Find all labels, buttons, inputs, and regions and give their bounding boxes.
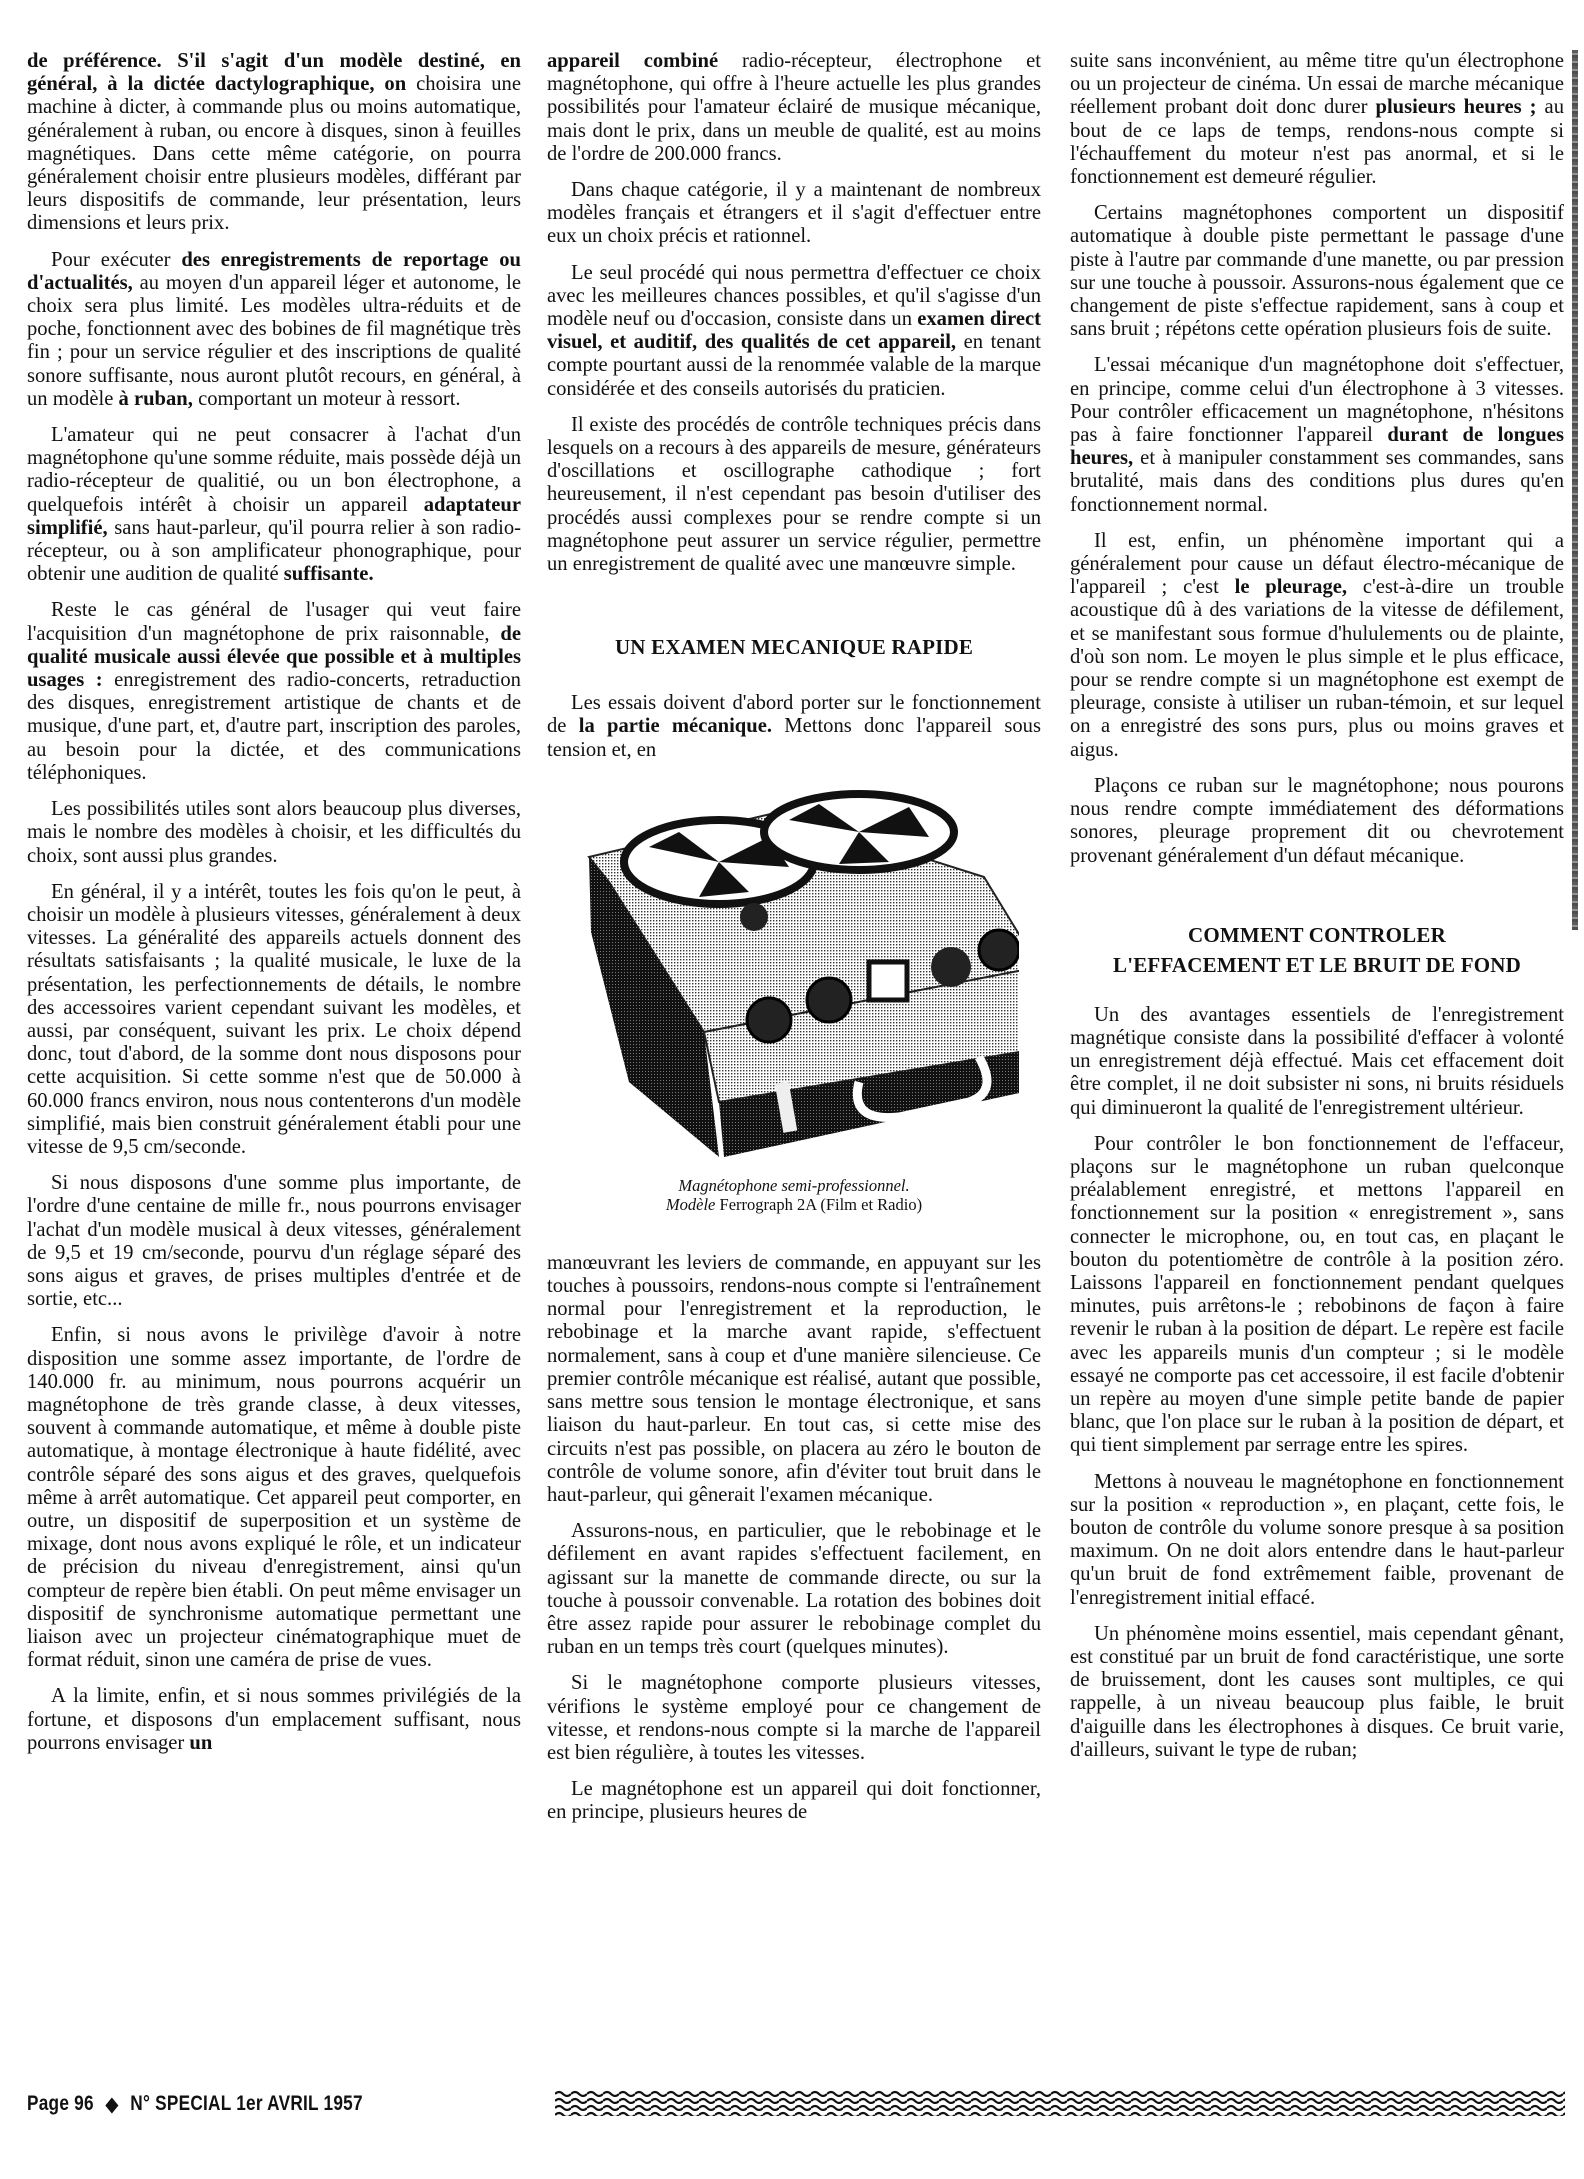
paragraph: Un des avantages essentiels de l'enregis… (1070, 1004, 1564, 1120)
paragraph: Il existe des procédés de contrôle techn… (547, 414, 1041, 576)
paragraph: manœuvrant les leviers de commande, en a… (547, 1252, 1041, 1507)
paragraph: L'amateur qui ne peut consacrer à l'acha… (27, 424, 521, 586)
paragraph: Il est, enfin, un phénomène important qu… (1070, 530, 1564, 762)
paragraph: En général, il y a intérêt, toutes les f… (27, 881, 521, 1159)
paragraph: Plaçons ce ruban sur le magnétophone; no… (1070, 775, 1564, 868)
paragraph: Mettons à nouveau le magnétophone en fon… (1070, 1471, 1564, 1610)
paragraph: Pour contrôler le bon fonctionnement de … (1070, 1133, 1564, 1458)
paragraph: Enfin, si nous avons le privilège d'avoi… (27, 1324, 521, 1672)
page-number: Page 96 (27, 2092, 94, 2116)
figure-tape-recorder: Magnétophone semi-professionnel. Modèle … (547, 782, 1041, 1214)
tape-recorder-photo-icon (569, 782, 1019, 1172)
page-edge-scan-artifact (1572, 50, 1578, 930)
paragraph: Certains magnétophones comportent un dis… (1070, 202, 1564, 341)
paragraph: Le seul procédé qui nous permettra d'eff… (547, 262, 1041, 401)
paragraph: A la limite, enfin, et si nous sommes pr… (27, 1685, 521, 1755)
article-column-2: appareil combiné radio-récepteur, électr… (547, 50, 1041, 1838)
paragraph: Si nous disposons d'une somme plus impor… (27, 1172, 521, 1311)
paragraph: Si le magnétophone comporte plusieurs vi… (547, 1672, 1041, 1765)
section-heading: COMMENT CONTROLER L'EFFACEMENT ET LE BRU… (1070, 920, 1564, 980)
paragraph: Reste le cas général de l'usager qui veu… (27, 599, 521, 785)
paragraph: appareil combiné radio-récepteur, électr… (547, 50, 1041, 166)
paragraph: Pour exécuter des enregistrements de rep… (27, 249, 521, 411)
issue-label: N° SPECIAL 1er AVRIL 1957 (130, 2092, 363, 2116)
paragraph: Les possibilités utiles sont alors beauc… (27, 798, 521, 868)
wave-rule-icon (555, 2090, 1565, 2116)
article-column-1: de préférence. S'il s'agit d'un modèle d… (27, 50, 521, 1768)
paragraph: de préférence. S'il s'agit d'un modèle d… (27, 50, 521, 236)
paragraph: Un phénomène moins essentiel, mais cepen… (1070, 1623, 1564, 1762)
paragraph: Le magnétophone est un appareil qui doit… (547, 1778, 1041, 1824)
figure-caption: Magnétophone semi-professionnel. Modèle … (547, 1176, 1041, 1214)
paragraph: Les essais doivent d'abord porter sur le… (547, 692, 1041, 762)
paragraph: L'essai mécanique d'un magnétophone doit… (1070, 354, 1564, 516)
paragraph: Dans chaque catégorie, il y a maintenant… (547, 179, 1041, 249)
article-column-3: suite sans inconvénient, au même titre q… (1070, 50, 1564, 1775)
diamond-icon: ◆ (105, 2092, 118, 2117)
paragraph: suite sans inconvénient, au même titre q… (1070, 50, 1564, 189)
paragraph: Assurons-nous, en particulier, que le re… (547, 1520, 1041, 1659)
section-heading: UN EXAMEN MECANIQUE RAPIDE (547, 632, 1041, 662)
